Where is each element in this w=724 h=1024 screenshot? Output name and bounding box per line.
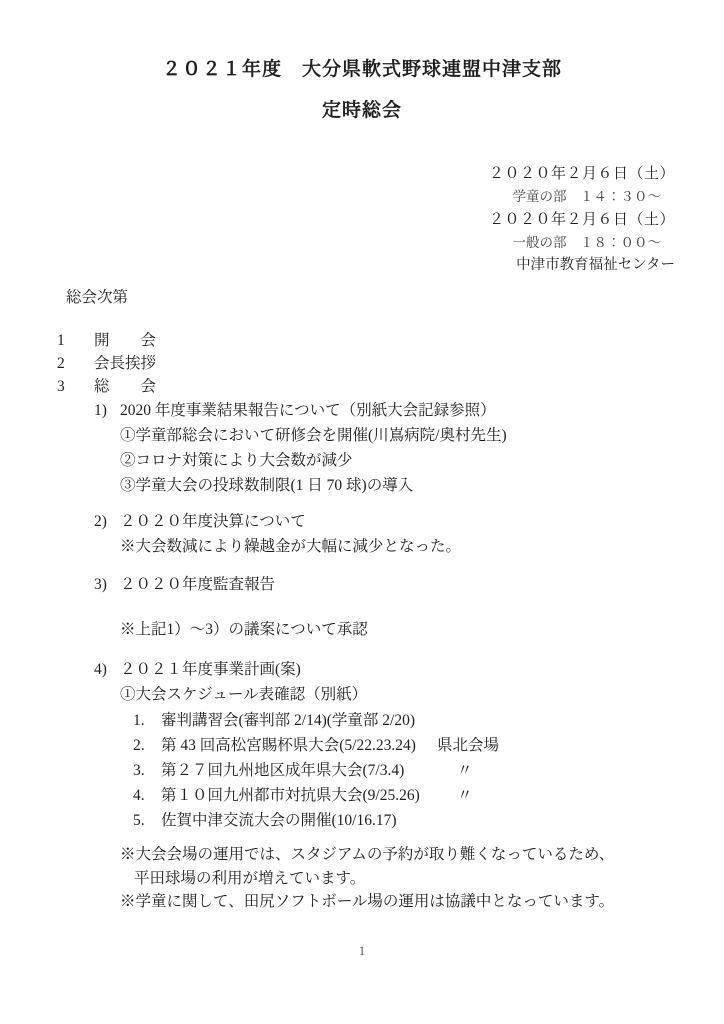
- report-detail-line: ③学童大会の投球数制限(1 日 70 球)の導入: [120, 473, 724, 498]
- report-1-details: ①学童部総会において研修会を開催(川嶌病院/奥村先生) ②コロナ対策により大会数…: [0, 423, 724, 498]
- report-2-details: ※大会数減により繰越金が大幅に減少となった。: [0, 534, 724, 559]
- document-page: ２０２１年度 大分県軟式野球連盟中津支部 定時総会 ２０２０年２月６日（土） 学…: [0, 0, 724, 1024]
- agenda-item-number: 3: [57, 375, 94, 398]
- report-title-text: 2020 年度事業結果報告について（別紙大会記録参照）: [120, 402, 496, 419]
- agenda-item-label: 会長挨拶: [94, 355, 156, 372]
- schedule-row: 3.第２７回九州地区成年県大会(7/3.4)〃: [0, 758, 724, 783]
- plan-title-text: ２０２１年度事業計画(案): [120, 661, 301, 678]
- note-line: ※大会会場の運用では、スタジアムの予約が取り難くなっているため、: [120, 843, 724, 867]
- agenda-item-label: 総 会: [94, 378, 156, 395]
- plan-subtitle: ①大会スケジュール表確認（別紙）: [0, 682, 724, 708]
- agenda-list: 1開 会 2会長挨拶 3総 会: [0, 329, 724, 398]
- report-detail-line: ①学童部総会において研修会を開催(川嶌病院/奥村先生): [120, 423, 724, 448]
- report-detail-line: ※大会数減により繰越金が大幅に減少となった。: [120, 534, 724, 559]
- schedule-number: 4.: [133, 783, 161, 808]
- note-line-continuation: 平田球場の利用が増えています。: [120, 867, 724, 891]
- meeting-time-ippan: 一般の部 １８：００～: [0, 232, 675, 254]
- agenda-item-general-meeting: 3総 会: [0, 375, 724, 398]
- schedule-label: 第 43 回高松宮賜杯県大会(5/22.23.24): [161, 737, 416, 754]
- schedule-number: 5.: [133, 808, 161, 833]
- report-detail-line: ②コロナ対策により大会数が減少: [120, 448, 724, 473]
- agenda-item-greeting: 2会長挨拶: [0, 352, 724, 375]
- schedule-venue-ditto-mark: 〃: [457, 758, 473, 783]
- report-number: 4): [94, 657, 120, 682]
- report-number: 2): [94, 509, 120, 534]
- page-number: 1: [0, 944, 724, 959]
- schedule-label: 第１０回九州都市対抗県大会(9/25.26): [161, 787, 420, 804]
- schedule-venue: 県北会場: [437, 733, 499, 758]
- schedule-number: 2.: [133, 733, 161, 758]
- report-title-text: ２０２０年度監査報告: [120, 576, 275, 593]
- plan-title-row: 4)２０２１年度事業計画(案): [0, 657, 724, 682]
- schedule-row: 1.審判講習会(審判部 2/14)(学童部 2/20): [0, 708, 724, 733]
- schedule-list: 1.審判講習会(審判部 2/14)(学童部 2/20) 2.第 43 回高松宮賜…: [0, 708, 724, 833]
- plan-notes: ※大会会場の運用では、スタジアムの予約が取り難くなっているため、 平田球場の利用…: [0, 843, 724, 914]
- agenda-item-label: 開 会: [94, 332, 156, 349]
- schedule-row: 2.第 43 回高松宮賜杯県大会(5/22.23.24)県北会場: [0, 733, 724, 758]
- agenda-item-number: 2: [57, 352, 94, 375]
- meeting-info-block: ２０２０年２月６日（土） 学童の部 １４：３０～ ２０２０年２月６日（土） 一般…: [0, 162, 724, 277]
- schedule-row: 5.佐賀中津交流大会の開催(10/16.17): [0, 808, 724, 833]
- agenda-item-number: 1: [57, 329, 94, 352]
- report-number: 1): [94, 398, 120, 423]
- meeting-time-gakudo: 学童の部 １４：３０～: [0, 186, 675, 208]
- note-line: ※学童に関して、田尻ソフトボール場の運用は協議中となっています。: [120, 890, 724, 914]
- schedule-label: 第２７回九州地区成年県大会(7/3.4): [161, 762, 404, 779]
- schedule-label: 佐賀中津交流大会の開催(10/16.17): [161, 812, 397, 829]
- schedule-row: 4.第１０回九州都市対抗県大会(9/25.26)〃: [0, 783, 724, 808]
- report-3-title-row: 3)２０２０年度監査報告: [0, 572, 724, 597]
- schedule-number: 1.: [133, 708, 161, 733]
- document-subtitle: 定時総会: [0, 97, 724, 125]
- meeting-date-ippan: ２０２０年２月６日（土）: [0, 208, 675, 232]
- meeting-date-gakudo: ２０２０年２月６日（土）: [0, 162, 675, 186]
- agenda-item-opening: 1開 会: [0, 329, 724, 352]
- report-title-text: ２０２０年度決算について: [120, 513, 306, 530]
- schedule-label: 審判講習会(審判部 2/14)(学童部 2/20): [161, 712, 415, 729]
- document-title: ２０２１年度 大分県軟式野球連盟中津支部: [0, 56, 724, 84]
- meeting-venue: 中津市教育福祉センター: [0, 254, 675, 277]
- report-1-title-row: 1)2020 年度事業結果報告について（別紙大会記録参照）: [0, 398, 724, 423]
- schedule-venue-ditto-mark: 〃: [457, 783, 473, 808]
- schedule-number: 3.: [133, 758, 161, 783]
- approval-note: ※上記1）～3）の議案について承認: [0, 617, 724, 642]
- agenda-heading: 総会次第: [66, 287, 724, 309]
- report-number: 3): [94, 572, 120, 597]
- report-2-title-row: 2)２０２０年度決算について: [0, 509, 724, 534]
